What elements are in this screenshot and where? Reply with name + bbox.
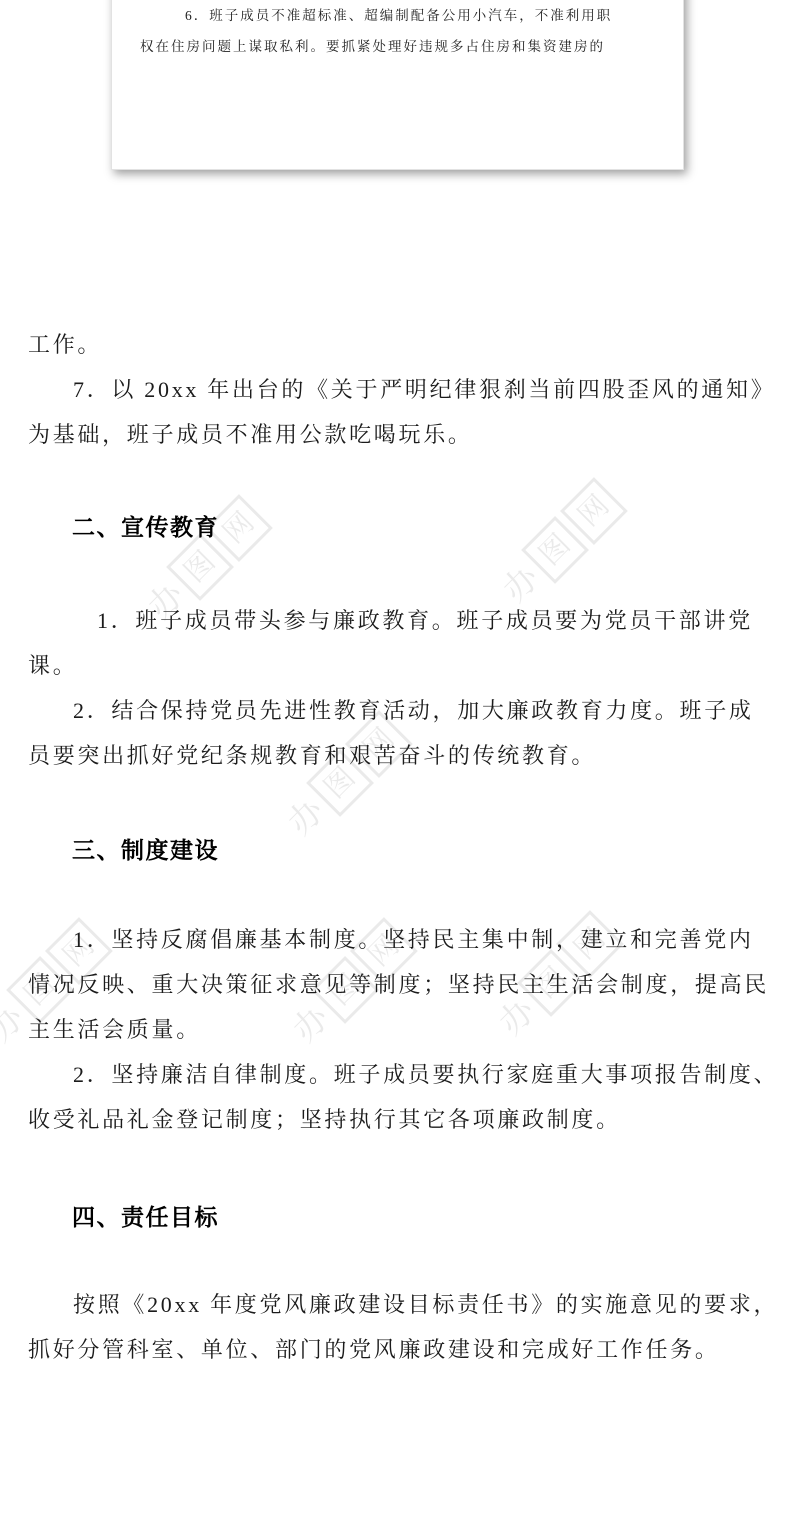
document-line: 情况反映、重大决策征求意见等制度；坚持民主生活会制度，提高民 [28, 962, 772, 1007]
watermark-char-wang: 网 [218, 508, 259, 549]
watermark-char-wang: 网 [573, 491, 614, 532]
document-line: 1．坚持反腐倡廉基本制度。坚持民主集中制，建立和完善党内 [28, 917, 772, 962]
document-line: 收受礼品礼金登记制度；坚持执行其它各项廉政制度。 [28, 1097, 772, 1142]
document-line: 7．以 20xx 年出台的《关于严明纪律狠刹当前四股歪风的通知》 [28, 367, 772, 412]
numbered-item-2: 2．坚持廉洁自律制度。班子成员要执行家庭重大事项报告制度、 收受礼品礼金登记制度… [28, 1052, 772, 1142]
section-heading-responsibility-targets: 四、责任目标 [72, 1195, 219, 1240]
document-line: 2．结合保持党员先进性教育活动，加大廉政教育力度。班子成 [28, 688, 772, 733]
document-line: 主生活会质量。 [28, 1007, 772, 1052]
document-line: 按照《20xx 年度党风廉政建设目标责任书》的实施意见的要求， [28, 1282, 772, 1327]
document-line: 6．班子成员不准超标准、超编制配备公用小汽车，不准利用职 [140, 0, 657, 31]
numbered-item-2: 2．结合保持党员先进性教育活动，加大廉政教育力度。班子成 员要突出抓好党纪条规教… [28, 688, 772, 778]
closing-paragraph: 按照《20xx 年度党风廉政建设目标责任书》的实施意见的要求， 抓好分管科室、单… [28, 1282, 772, 1372]
document-line: 抓好分管科室、单位、部门的党风廉政建设和完成好工作任务。 [28, 1327, 772, 1372]
watermark-char-tu: 图 [535, 529, 576, 570]
section-heading-system-building: 三、制度建设 [72, 828, 219, 873]
previous-page-card: 6．班子成员不准超标准、超编制配备公用小汽车，不准利用职 权在住房问题上谋取私利… [111, 0, 684, 170]
watermark-char-ban: 办 [282, 793, 330, 841]
document-line: 课。 [28, 643, 772, 688]
numbered-item-1: 1．班子成员带头参与廉政教育。班子成员要为党员干部讲党 课。 [28, 598, 772, 688]
document-line: 1．班子成员带头参与廉政教育。班子成员要为党员干部讲党 [28, 598, 772, 643]
document-line: 工作。 [28, 322, 772, 367]
watermark-diamond-tu-icon: 图 [521, 516, 589, 584]
document-line: 员要突出抓好党纪条规教育和艰苦奋斗的传统教育。 [28, 733, 772, 778]
watermark-bantuwang-logo: 办 图 网 [492, 477, 628, 613]
paragraph-continuation: 工作。 [28, 322, 772, 367]
numbered-item-7: 7．以 20xx 年出台的《关于严明纪律狠刹当前四股歪风的通知》 为基础，班子成… [28, 367, 772, 457]
document-line: 权在住房问题上谋取私利。要抓紧处理好违规多占住房和集资建房的 [140, 31, 657, 62]
watermark-diamond-wang-icon: 网 [560, 477, 628, 545]
previous-page-text: 6．班子成员不准超标准、超编制配备公用小汽车，不准利用职 权在住房问题上谋取私利… [140, 0, 657, 62]
watermark-char-tu: 图 [180, 546, 221, 587]
document-line: 2．坚持廉洁自律制度。班子成员要执行家庭重大事项报告制度、 [28, 1052, 772, 1097]
document-line: 为基础，班子成员不准用公款吃喝玩乐。 [28, 412, 772, 457]
section-heading-publicity-education: 二、宣传教育 [72, 505, 219, 550]
document-preview-page: 办 图 网 办 图 网 办 图 网 办 图 网 办 图 网 办 图 网 6．班子… [0, 0, 800, 1528]
numbered-item-1: 1．坚持反腐倡廉基本制度。坚持民主集中制，建立和完善党内 情况反映、重大决策征求… [28, 917, 772, 1052]
watermark-char-ban: 办 [0, 1000, 30, 1048]
